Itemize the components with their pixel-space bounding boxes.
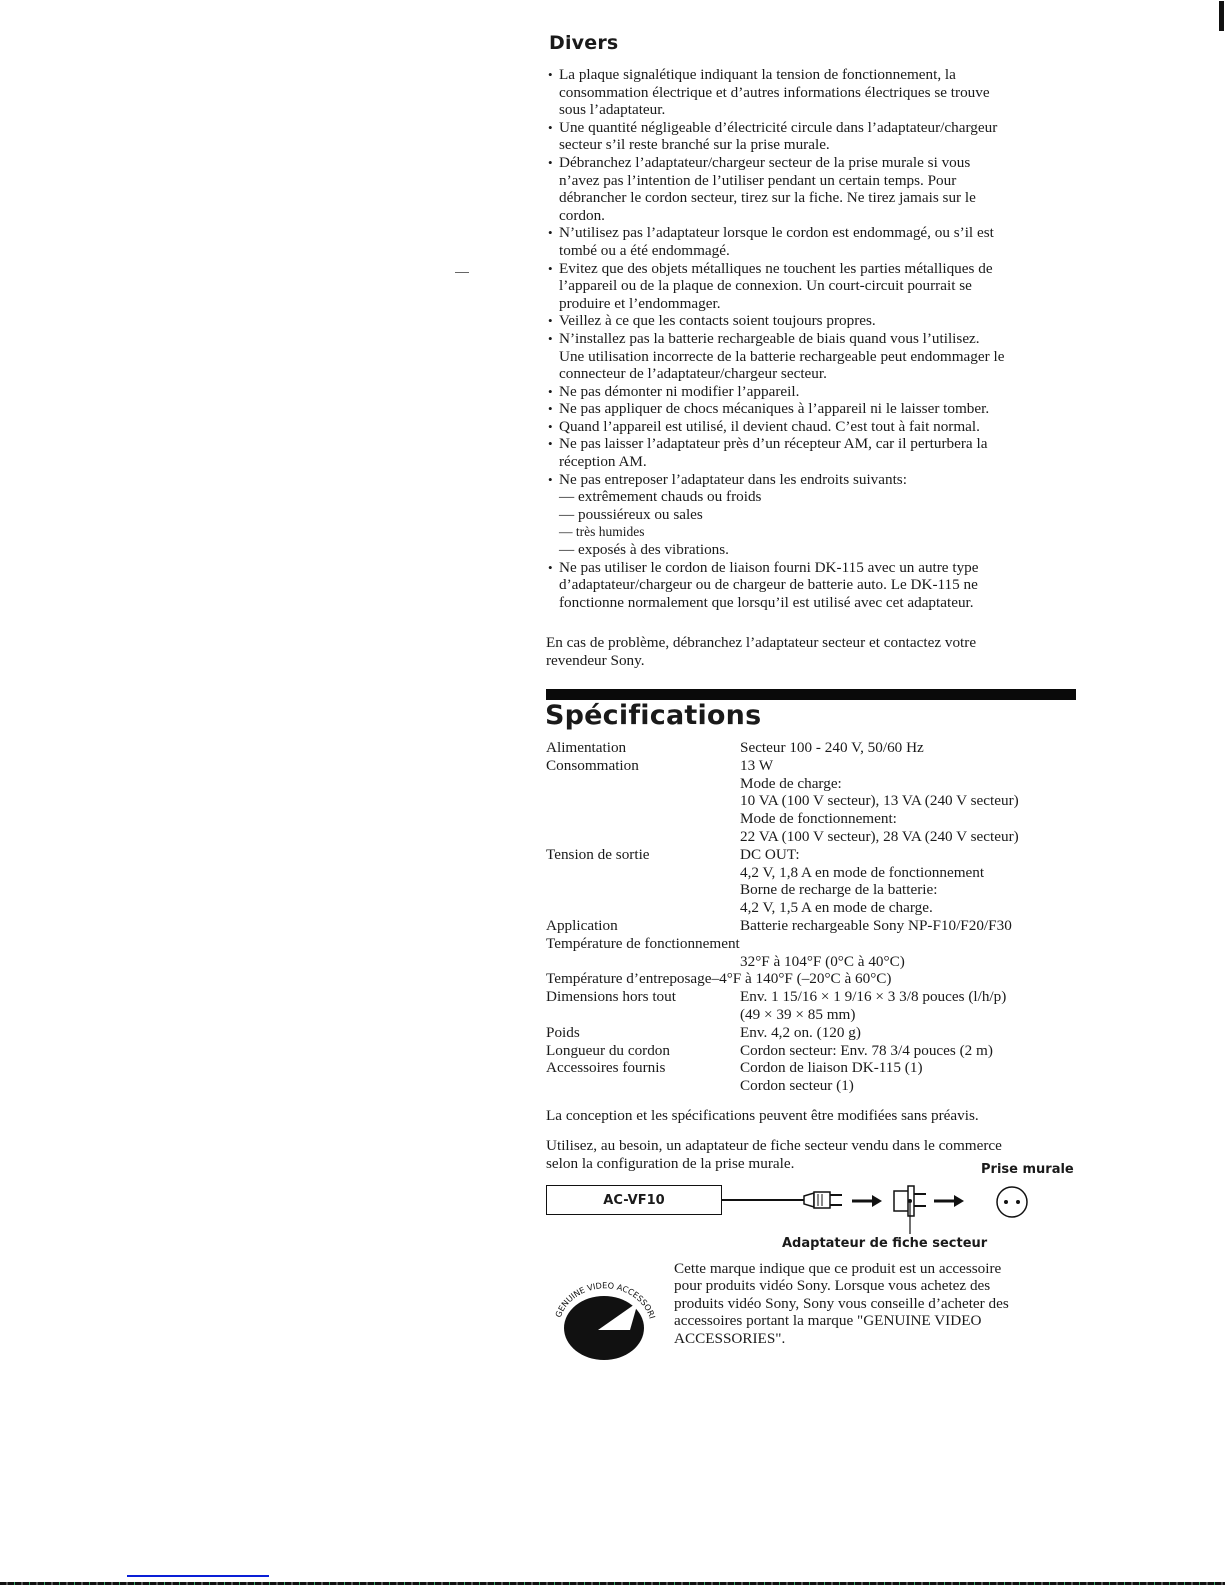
closing-line: En cas de problème, débranchez l’adaptat… xyxy=(546,634,1066,652)
spec-value: Env. 1 15/16 × 1 9/16 × 3 3/8 pouces (l/… xyxy=(740,988,1076,1024)
plug-adapter-icon xyxy=(894,1186,926,1234)
connection-diagram: Prise murale AC-VF10 xyxy=(546,1158,1046,1253)
spec-value-line: 22 VA (100 V secteur), 28 VA (240 V sect… xyxy=(740,828,1076,846)
sublist-item: — extrêmement chauds ou froids xyxy=(559,488,1077,506)
bullet-line: Une utilisation incorrecte de la batteri… xyxy=(559,348,1077,366)
sublist-item: — exposés à des vibrations. xyxy=(559,541,1077,559)
divers-bullet-item: Ne pas entreposer l’adaptateur dans les … xyxy=(549,471,1077,559)
bullet-line: débrancher le cordon secteur, tirez sur … xyxy=(559,189,1077,207)
scan-link-bar xyxy=(127,1575,269,1577)
arrow-right-icon xyxy=(934,1195,964,1207)
spec-value: 32°F à 104°F (0°C à 40°C) xyxy=(740,953,1076,971)
bullet-line: Débranchez l’adaptateur/chargeur secteur… xyxy=(559,154,1077,172)
spec-label: Consommation xyxy=(546,757,740,846)
spec-value-line: 10 VA (100 V secteur), 13 VA (240 V sect… xyxy=(740,792,1076,810)
spec-value: Batterie rechargeable Sony NP-F10/F20/F3… xyxy=(740,917,1076,935)
section-title-divers: Divers xyxy=(549,32,618,54)
divers-bullet-item: N’installez pas la batterie rechargeable… xyxy=(549,330,1077,383)
spec-value-line: DC OUT: xyxy=(740,846,1076,864)
spec-value: Secteur 100 - 240 V, 50/60 Hz xyxy=(740,739,1076,757)
wall-outlet-icon xyxy=(997,1187,1027,1217)
bullet-line: La plaque signalétique indiquant la tens… xyxy=(559,66,1077,84)
specifications-table: AlimentationSecteur 100 - 240 V, 50/60 H… xyxy=(546,739,1076,1095)
genuine-accessories-description: Cette marque indique que ce produit est … xyxy=(674,1260,1074,1347)
bullet-line: cordon. xyxy=(559,207,1077,225)
spec-label: Température d’entreposage xyxy=(546,970,712,988)
genuine-text-line: produits vidéo Sony, Sony vous conseille… xyxy=(674,1295,1074,1312)
divers-bullet-item: La plaque signalétique indiquant la tens… xyxy=(549,66,1077,119)
bullet-line: n’avez pas l’intention de l’utiliser pen… xyxy=(559,172,1077,190)
spec-value: DC OUT:4,2 V, 1,8 A en mode de fonctionn… xyxy=(740,846,1076,917)
genuine-text-line: pour produits vidéo Sony. Lorsque vous a… xyxy=(674,1277,1074,1294)
divers-bullet-item: Une quantité négligeable d’électricité c… xyxy=(549,119,1077,154)
divers-closing-note: En cas de problème, débranchez l’adaptat… xyxy=(546,634,1066,669)
spec-row: AlimentationSecteur 100 - 240 V, 50/60 H… xyxy=(546,739,1076,757)
spec-value-line: (49 × 39 × 85 mm) xyxy=(740,1006,1076,1024)
spec-value-line: Batterie rechargeable Sony NP-F10/F20/F3… xyxy=(740,917,1076,935)
spec-value: –4°F à 140°F (–20°C à 60°C) xyxy=(712,970,1077,988)
spec-value-line: 4,2 V, 1,5 A en mode de charge. xyxy=(740,899,1076,917)
divers-bullet-item: Veillez à ce que les contacts soient tou… xyxy=(549,312,1077,330)
spec-value-line: Env. 1 15/16 × 1 9/16 × 3 3/8 pouces (l/… xyxy=(740,988,1076,1006)
divers-bullet-item: Débranchez l’adaptateur/chargeur secteur… xyxy=(549,154,1077,224)
divers-bullet-item: Ne pas démonter ni modifier l’appareil. xyxy=(549,383,1077,401)
spec-value-line: Env. 4,2 on. (120 g) xyxy=(740,1024,1076,1042)
bullet-sublist: — extrêmement chauds ou froids— poussiér… xyxy=(549,488,1077,558)
spec-label: Température de fonctionnement xyxy=(546,935,740,953)
bullet-line: produire et l’endommager. xyxy=(559,295,1077,313)
spec-value-line: –4°F à 140°F (–20°C à 60°C) xyxy=(712,970,1077,988)
adapter-note-line: Utilisez, au besoin, un adaptateur de fi… xyxy=(546,1137,1076,1155)
edge-mark xyxy=(1219,1,1224,31)
section-divider-bar xyxy=(546,689,1076,700)
spec-label: Dimensions hors tout xyxy=(546,988,740,1024)
bullet-line: sous l’adaptateur. xyxy=(559,101,1077,119)
spec-value-line: Cordon secteur: Env. 78 3/4 pouces (2 m) xyxy=(740,1042,1076,1060)
spec-value xyxy=(740,935,1076,953)
spec-label: Accessoires fournis xyxy=(546,1059,740,1095)
divers-bullet-list: La plaque signalétique indiquant la tens… xyxy=(549,66,1077,611)
spec-value-line: Mode de charge: xyxy=(740,775,1076,793)
punch-mark xyxy=(455,272,469,273)
genuine-text-line: ACCESSORIES". xyxy=(674,1330,1074,1347)
bullet-line: Quand l’appareil est utilisé, il devient… xyxy=(559,418,1077,436)
spec-row: Température de fonctionnement xyxy=(546,935,1076,953)
spec-row: Tension de sortieDC OUT:4,2 V, 1,8 A en … xyxy=(546,846,1076,917)
bullet-line: l’appareil ou de la plaque de connexion.… xyxy=(559,277,1077,295)
spec-value-line: Cordon secteur (1) xyxy=(740,1077,1076,1095)
spec-value-line: Cordon de liaison DK-115 (1) xyxy=(740,1059,1076,1077)
spec-row: PoidsEnv. 4,2 on. (120 g) xyxy=(546,1024,1076,1042)
plug-adapter-label: Adaptateur de fiche secteur xyxy=(782,1236,987,1251)
bullet-line: fonctionne normalement que lorsqu’il est… xyxy=(559,594,1077,612)
spec-label: Application xyxy=(546,917,740,935)
spec-row: Température d’entreposage–4°F à 140°F (–… xyxy=(546,970,1076,988)
spec-value-line: 13 W xyxy=(740,757,1076,775)
bullet-line: Ne pas appliquer de chocs mécaniques à l… xyxy=(559,400,1077,418)
divers-bullet-item: Ne pas appliquer de chocs mécaniques à l… xyxy=(549,400,1077,418)
spec-row: Dimensions hors toutEnv. 1 15/16 × 1 9/1… xyxy=(546,988,1076,1024)
bullet-line: Ne pas entreposer l’adaptateur dans les … xyxy=(559,471,1077,489)
spec-row: ApplicationBatterie rechargeable Sony NP… xyxy=(546,917,1076,935)
genuine-text-line: accessoires portant la marque "GENUINE V… xyxy=(674,1312,1074,1329)
specifications-notice: La conception et les spécifications peuv… xyxy=(546,1107,1076,1125)
bullet-line: Ne pas démonter ni modifier l’appareil. xyxy=(559,383,1077,401)
bullet-line: Ne pas laisser l’adaptateur près d’un ré… xyxy=(559,435,1077,453)
bullet-line: N’installez pas la batterie rechargeable… xyxy=(559,330,1077,348)
bullet-line: Evitez que des objets métalliques ne tou… xyxy=(559,260,1077,278)
bullet-line: consommation électrique et d’autres info… xyxy=(559,84,1077,102)
section-title-specifications: Spécifications xyxy=(545,700,761,731)
bullet-line: Ne pas utiliser le cordon de liaison fou… xyxy=(559,559,1077,577)
spec-value: 13 WMode de charge:10 VA (100 V secteur)… xyxy=(740,757,1076,846)
arrow-right-icon xyxy=(852,1195,882,1207)
spec-row: 32°F à 104°F (0°C à 40°C) xyxy=(546,953,1076,971)
spec-value-line: 4,2 V, 1,8 A en mode de fonctionnement xyxy=(740,864,1076,882)
spec-label: Poids xyxy=(546,1024,740,1042)
bullet-line: N’utilisez pas l’adaptateur lorsque le c… xyxy=(559,224,1077,242)
divers-bullet-item: Ne pas utiliser le cordon de liaison fou… xyxy=(549,559,1077,612)
spec-row: Consommation13 WMode de charge:10 VA (10… xyxy=(546,757,1076,846)
spec-value-line: Borne de recharge de la batterie: xyxy=(740,881,1076,899)
divers-bullet-item: Evitez que des objets métalliques ne tou… xyxy=(549,260,1077,313)
sublist-item: — poussiéreux ou sales xyxy=(559,506,1077,524)
bullet-line: tombé ou a été endommagé. xyxy=(559,242,1077,260)
genuine-text-line: Cette marque indique que ce produit est … xyxy=(674,1260,1074,1277)
sublist-item: — très humides xyxy=(559,523,1077,541)
power-cord-icon xyxy=(722,1192,842,1208)
divers-bullet-item: Quand l’appareil est utilisé, il devient… xyxy=(549,418,1077,436)
bullet-line: réception AM. xyxy=(559,453,1077,471)
spec-row: Longueur du cordonCordon secteur: Env. 7… xyxy=(546,1042,1076,1060)
spec-value-line: Mode de fonctionnement: xyxy=(740,810,1076,828)
spec-label: Tension de sortie xyxy=(546,846,740,917)
bullet-line: d’adaptateur/chargeur ou de chargeur de … xyxy=(559,576,1077,594)
spec-value: Cordon secteur: Env. 78 3/4 pouces (2 m) xyxy=(740,1042,1076,1060)
spec-row: Accessoires fournisCordon de liaison DK-… xyxy=(546,1059,1076,1095)
spec-value: Env. 4,2 on. (120 g) xyxy=(740,1024,1076,1042)
genuine-video-accessories-logo: GENUINE VIDEO ACCESSORIES xyxy=(548,1258,660,1366)
bullet-line: connecteur de l’adaptateur/chargeur sect… xyxy=(559,365,1077,383)
spec-label: Alimentation xyxy=(546,739,740,757)
spec-label: Longueur du cordon xyxy=(546,1042,740,1060)
bullet-line: Une quantité négligeable d’électricité c… xyxy=(559,119,1077,137)
spec-value: Cordon de liaison DK-115 (1)Cordon secte… xyxy=(740,1059,1076,1095)
spec-value-line: 32°F à 104°F (0°C à 40°C) xyxy=(740,953,1076,971)
divers-bullet-item: N’utilisez pas l’adaptateur lorsque le c… xyxy=(549,224,1077,259)
divers-bullet-item: Ne pas laisser l’adaptateur près d’un ré… xyxy=(549,435,1077,470)
spec-value-line: Secteur 100 - 240 V, 50/60 Hz xyxy=(740,739,1076,757)
closing-line: revendeur Sony. xyxy=(546,652,1066,670)
bullet-line: Veillez à ce que les contacts soient tou… xyxy=(559,312,1077,330)
spec-label xyxy=(546,953,740,971)
bullet-line: secteur s’il reste branché sur la prise … xyxy=(559,136,1077,154)
